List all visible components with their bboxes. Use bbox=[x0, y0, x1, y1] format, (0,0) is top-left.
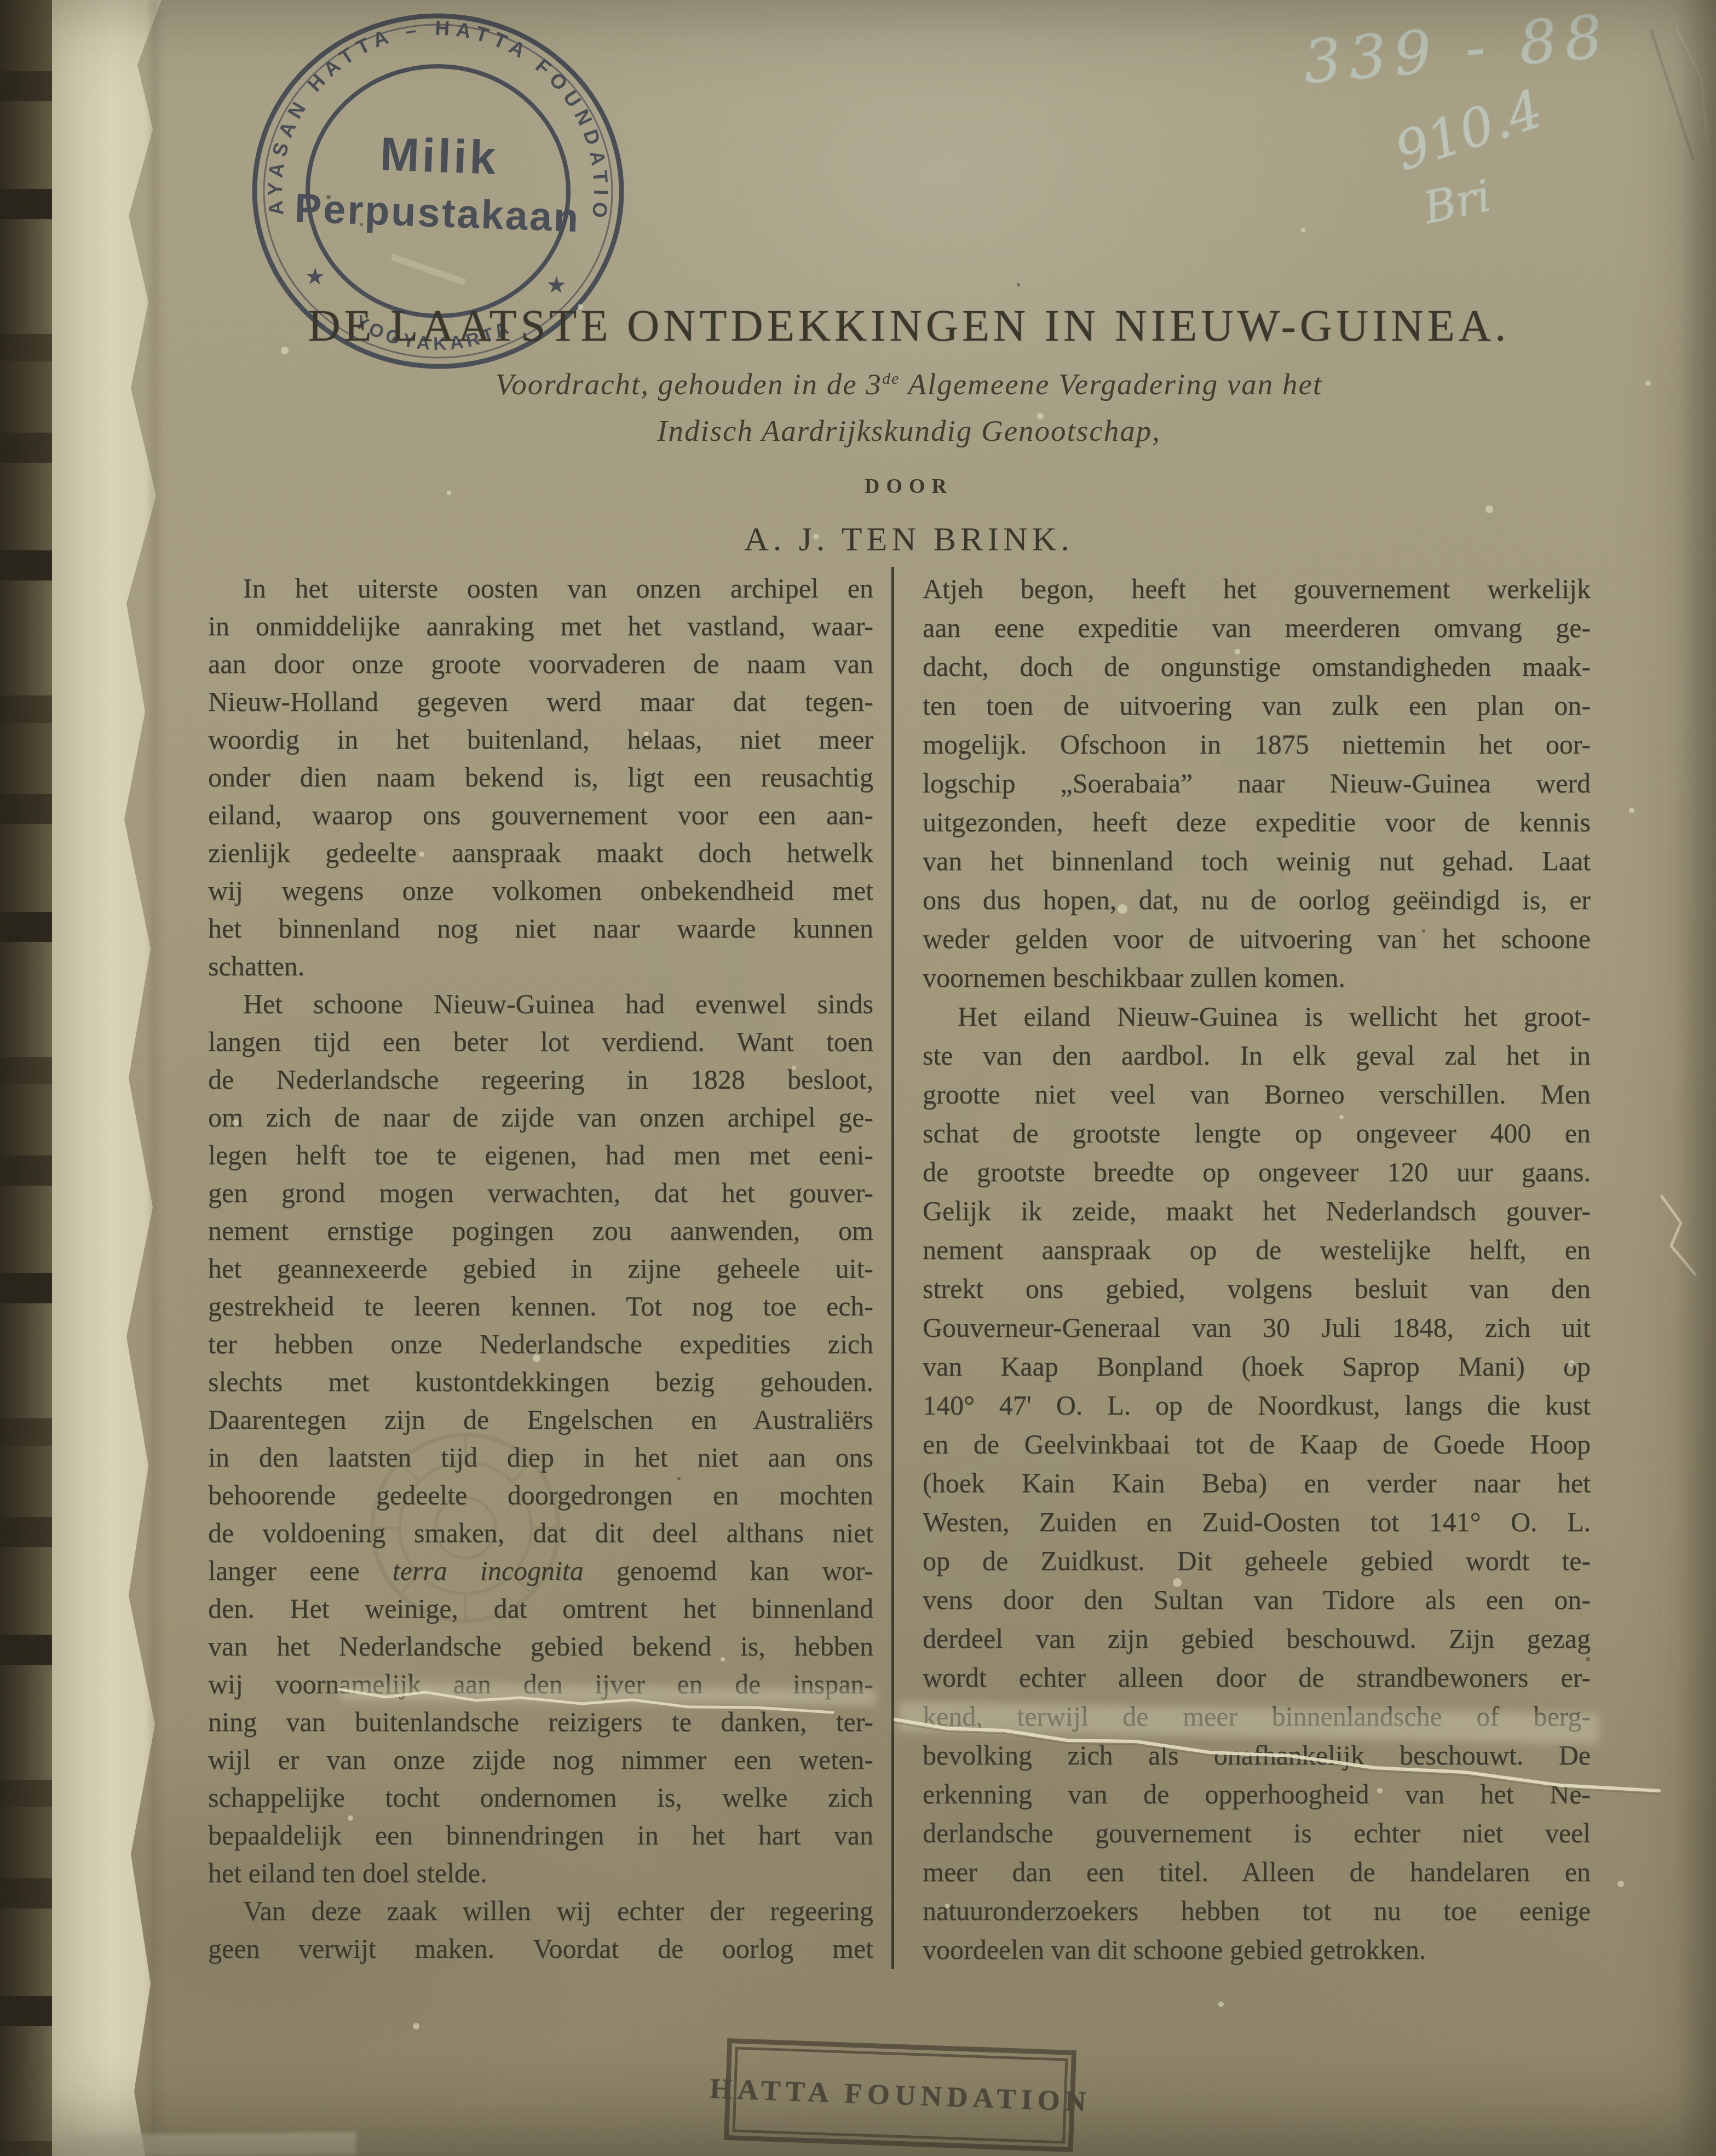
text-line: de Nederlandsche regeering in 1828 beslo… bbox=[208, 1061, 873, 1099]
text-line: langer eene terra incognita genoemd kan … bbox=[208, 1552, 873, 1590]
text-line: voordeelen van dit schoone gebied getrok… bbox=[923, 1930, 1591, 1969]
gutter-shadow bbox=[151, 0, 164, 2156]
text-line: de voldoening smaken, dat dit deel altha… bbox=[208, 1514, 873, 1552]
text-line: het eiland ten doel stelde. bbox=[208, 1854, 873, 1892]
byline-label: DOOR bbox=[137, 474, 1681, 498]
text-line: schatten. bbox=[208, 947, 873, 985]
text-line: ons dus hopen, dat, nu de oorlog geëindi… bbox=[923, 881, 1591, 919]
text-line: behoorende gedeelte doorgedrongen en moc… bbox=[208, 1476, 873, 1514]
text-line: geen verwijt maken. Voordat de oorlog me… bbox=[208, 1930, 873, 1968]
text-line: Nieuw-Holland gegeven werd maar dat tege… bbox=[208, 683, 873, 721]
text-line: logschip „Soerabaia” naar Nieuw-Guinea w… bbox=[923, 764, 1591, 803]
text-line: woordig in het buitenland, helaas, niet … bbox=[208, 721, 873, 758]
text-line: om zich de naar de zijde van onzen archi… bbox=[208, 1099, 873, 1136]
title-block: DE LAATSTE ONTDEKKINGEN IN NIEUW-GUINEA.… bbox=[137, 300, 1681, 559]
subtitle-text: Algemeene Vergadering van het bbox=[900, 367, 1323, 401]
stamp-star-left-icon: ★ bbox=[304, 263, 326, 290]
text-line: Het schoone Nieuw-Guinea had evenwel sin… bbox=[208, 985, 873, 1023]
text-line: nement ernstige pogingen zou aanwenden, … bbox=[208, 1212, 873, 1250]
footer-stamp-label: HATTA FOUNDATION bbox=[709, 2072, 1091, 2118]
text-line: gestrekheid te leeren kennen. Tot nog to… bbox=[208, 1287, 873, 1325]
text-line: ste van den aardbol. In elk geval zal he… bbox=[923, 1036, 1591, 1075]
text-line: legen helft toe te eigenen, had men met … bbox=[208, 1136, 873, 1174]
text-line: in den laatsten tijd diep in het niet aa… bbox=[208, 1439, 873, 1476]
text-line: Atjeh begon, heeft het gouvernement werk… bbox=[923, 570, 1591, 608]
text-line: derdeel van zijn gebied beschouwd. Zijn … bbox=[923, 1619, 1591, 1658]
stamp-center-line2: Perpustakaan bbox=[294, 185, 581, 240]
text-line: van Kaap Bonpland (hoek Saprop Mani) op bbox=[923, 1347, 1591, 1386]
text-line: grootte niet veel van Borneo verschillen… bbox=[923, 1075, 1591, 1114]
text-line: (hoek Kain Kain Beba) en verder naar het bbox=[923, 1464, 1591, 1503]
text-line: den. Het weinige, dat omtrent het binnen… bbox=[208, 1590, 873, 1628]
right-edge-shadow bbox=[1678, 0, 1716, 2156]
stamp-center-line1: Milik bbox=[379, 128, 499, 184]
text-line: van het Nederlandsche gebied bekend is, … bbox=[208, 1628, 873, 1665]
text-line: In het uiterste oosten van onzen archipe… bbox=[208, 570, 873, 607]
footer-stamp: HATTA FOUNDATION bbox=[724, 2038, 1076, 2152]
text-line: weder gelden voor de uitvoering van het … bbox=[923, 919, 1591, 958]
text-line: 140° 47' O. L. op de Noordkust, langs di… bbox=[923, 1386, 1591, 1425]
text-line: Het eiland Nieuw-Guinea is wellicht het … bbox=[923, 997, 1591, 1036]
text-line: bepaaldelijk een binnendringen in het ha… bbox=[208, 1816, 873, 1854]
text-line: mogelijk. Ofschoon in 1875 niettemin het… bbox=[923, 725, 1591, 764]
subtitle-line2: Indisch Aardrijkskundig Genootschap, bbox=[137, 413, 1681, 448]
text-line: onder dien naam bekend is, ligt een reus… bbox=[208, 758, 873, 796]
page-title: DE LAATSTE ONTDEKKINGEN IN NIEUW-GUINEA. bbox=[137, 300, 1681, 352]
text-line: schat de grootste lengte op ongeveer 400… bbox=[923, 1114, 1591, 1153]
text-line: op de Zuidkust. Dit geheele gebied wordt… bbox=[923, 1542, 1591, 1580]
text-line: gen grond mogen verwachten, dat het gouv… bbox=[208, 1174, 873, 1212]
column-divider-rule bbox=[891, 567, 894, 1969]
text-line: uitgezonden, heeft deze expeditie voor d… bbox=[923, 803, 1591, 842]
text-line: meer dan een titel. Alleen de handelaren… bbox=[923, 1853, 1591, 1891]
subtitle-line1: Voordracht, gehouden in de 3de Algemeene… bbox=[137, 367, 1681, 401]
text-line: het binnenland nog niet naar waarde kunn… bbox=[208, 910, 873, 947]
text-line: nement aanspraak op de westelijke helft,… bbox=[923, 1231, 1591, 1269]
text-line: erkenning van de opperhoogheid van het N… bbox=[923, 1775, 1591, 1814]
text-line: aan door onze groote voorvaderen de naam… bbox=[208, 645, 873, 683]
text-line: Westen, Zuiden en Zuid-Oosten tot 141° O… bbox=[923, 1503, 1591, 1542]
left-text-column: In het uiterste oosten van onzen archipe… bbox=[208, 570, 873, 1968]
text-line: zienlijk gedeelte aanspraak maakt doch h… bbox=[208, 834, 873, 872]
scanned-document-page: d o a u YAYASAN HATT bbox=[0, 0, 1716, 2156]
text-line: aan eene expeditie van meerderen omvang … bbox=[923, 608, 1591, 647]
text-line: vens door den Sultan van Tidore als een … bbox=[923, 1580, 1591, 1619]
text-line: dacht, doch de ongunstige omstandigheden… bbox=[923, 647, 1591, 686]
text-line: de grootste breedte op ongeveer 120 uur … bbox=[923, 1153, 1591, 1192]
text-line: van het binnenland toch weinig nut gehad… bbox=[923, 842, 1591, 881]
text-line: wijl er van onze zijde nog nimmer een we… bbox=[208, 1741, 873, 1779]
text-line: ning van buitenlandsche reizigers te dan… bbox=[208, 1703, 873, 1741]
text-line: het geannexeerde gebied in zijne geheele… bbox=[208, 1250, 873, 1287]
stamp-star-right-icon: ★ bbox=[545, 272, 567, 298]
text-line: natuuronderzoekers hebben tot nu toe een… bbox=[923, 1891, 1591, 1930]
text-line: slechts met kustontdekkingen bezig gehou… bbox=[208, 1363, 873, 1401]
text-line: Gelijk ik zeide, maakt het Nederlandsch … bbox=[923, 1192, 1591, 1231]
text-line: in onmiddelijke aanraking met het vastla… bbox=[208, 607, 873, 645]
text-line: Daarentegen zijn de Engelschen en Austra… bbox=[208, 1401, 873, 1439]
text-line: strekt ons gebied, volgens besluit van d… bbox=[923, 1269, 1591, 1308]
author-name: A. J. TEN BRINK. bbox=[137, 520, 1681, 559]
subtitle-superscript: de bbox=[882, 369, 900, 388]
text-line: en de Geelvinkbaai tot de Kaap de Goede … bbox=[923, 1425, 1591, 1464]
text-line: voornemen beschikbaar zullen komen. bbox=[923, 958, 1591, 997]
text-line: Gouverneur-Generaal van 30 Juli 1848, zi… bbox=[923, 1308, 1591, 1347]
text-line: langen tijd een beter lot verdiend. Want… bbox=[208, 1023, 873, 1061]
footer-stamp-border: HATTA FOUNDATION bbox=[732, 2046, 1068, 2143]
text-line: wij wegens onze volkomen onbekendheid me… bbox=[208, 872, 873, 910]
subtitle-text: Voordracht, gehouden in de 3 bbox=[496, 367, 882, 401]
text-line: ten toen de uitvoering van zulk een plan… bbox=[923, 686, 1591, 725]
text-line: eiland, waarop ons gouvernement voor een… bbox=[208, 796, 873, 834]
text-line: derlandsche gouvernement is echter niet … bbox=[923, 1814, 1591, 1853]
bottom-page-curl bbox=[71, 2132, 356, 2156]
text-line: wordt echter alleen door de strandbewone… bbox=[923, 1658, 1591, 1697]
text-line: schappelijke tocht ondernomen is, welke … bbox=[208, 1779, 873, 1816]
text-line: Van deze zaak willen wij echter der rege… bbox=[208, 1892, 873, 1930]
text-line: ter hebben onze Nederlandsche expedities… bbox=[208, 1325, 873, 1363]
right-text-column: Atjeh begon, heeft het gouvernement werk… bbox=[923, 570, 1591, 1969]
